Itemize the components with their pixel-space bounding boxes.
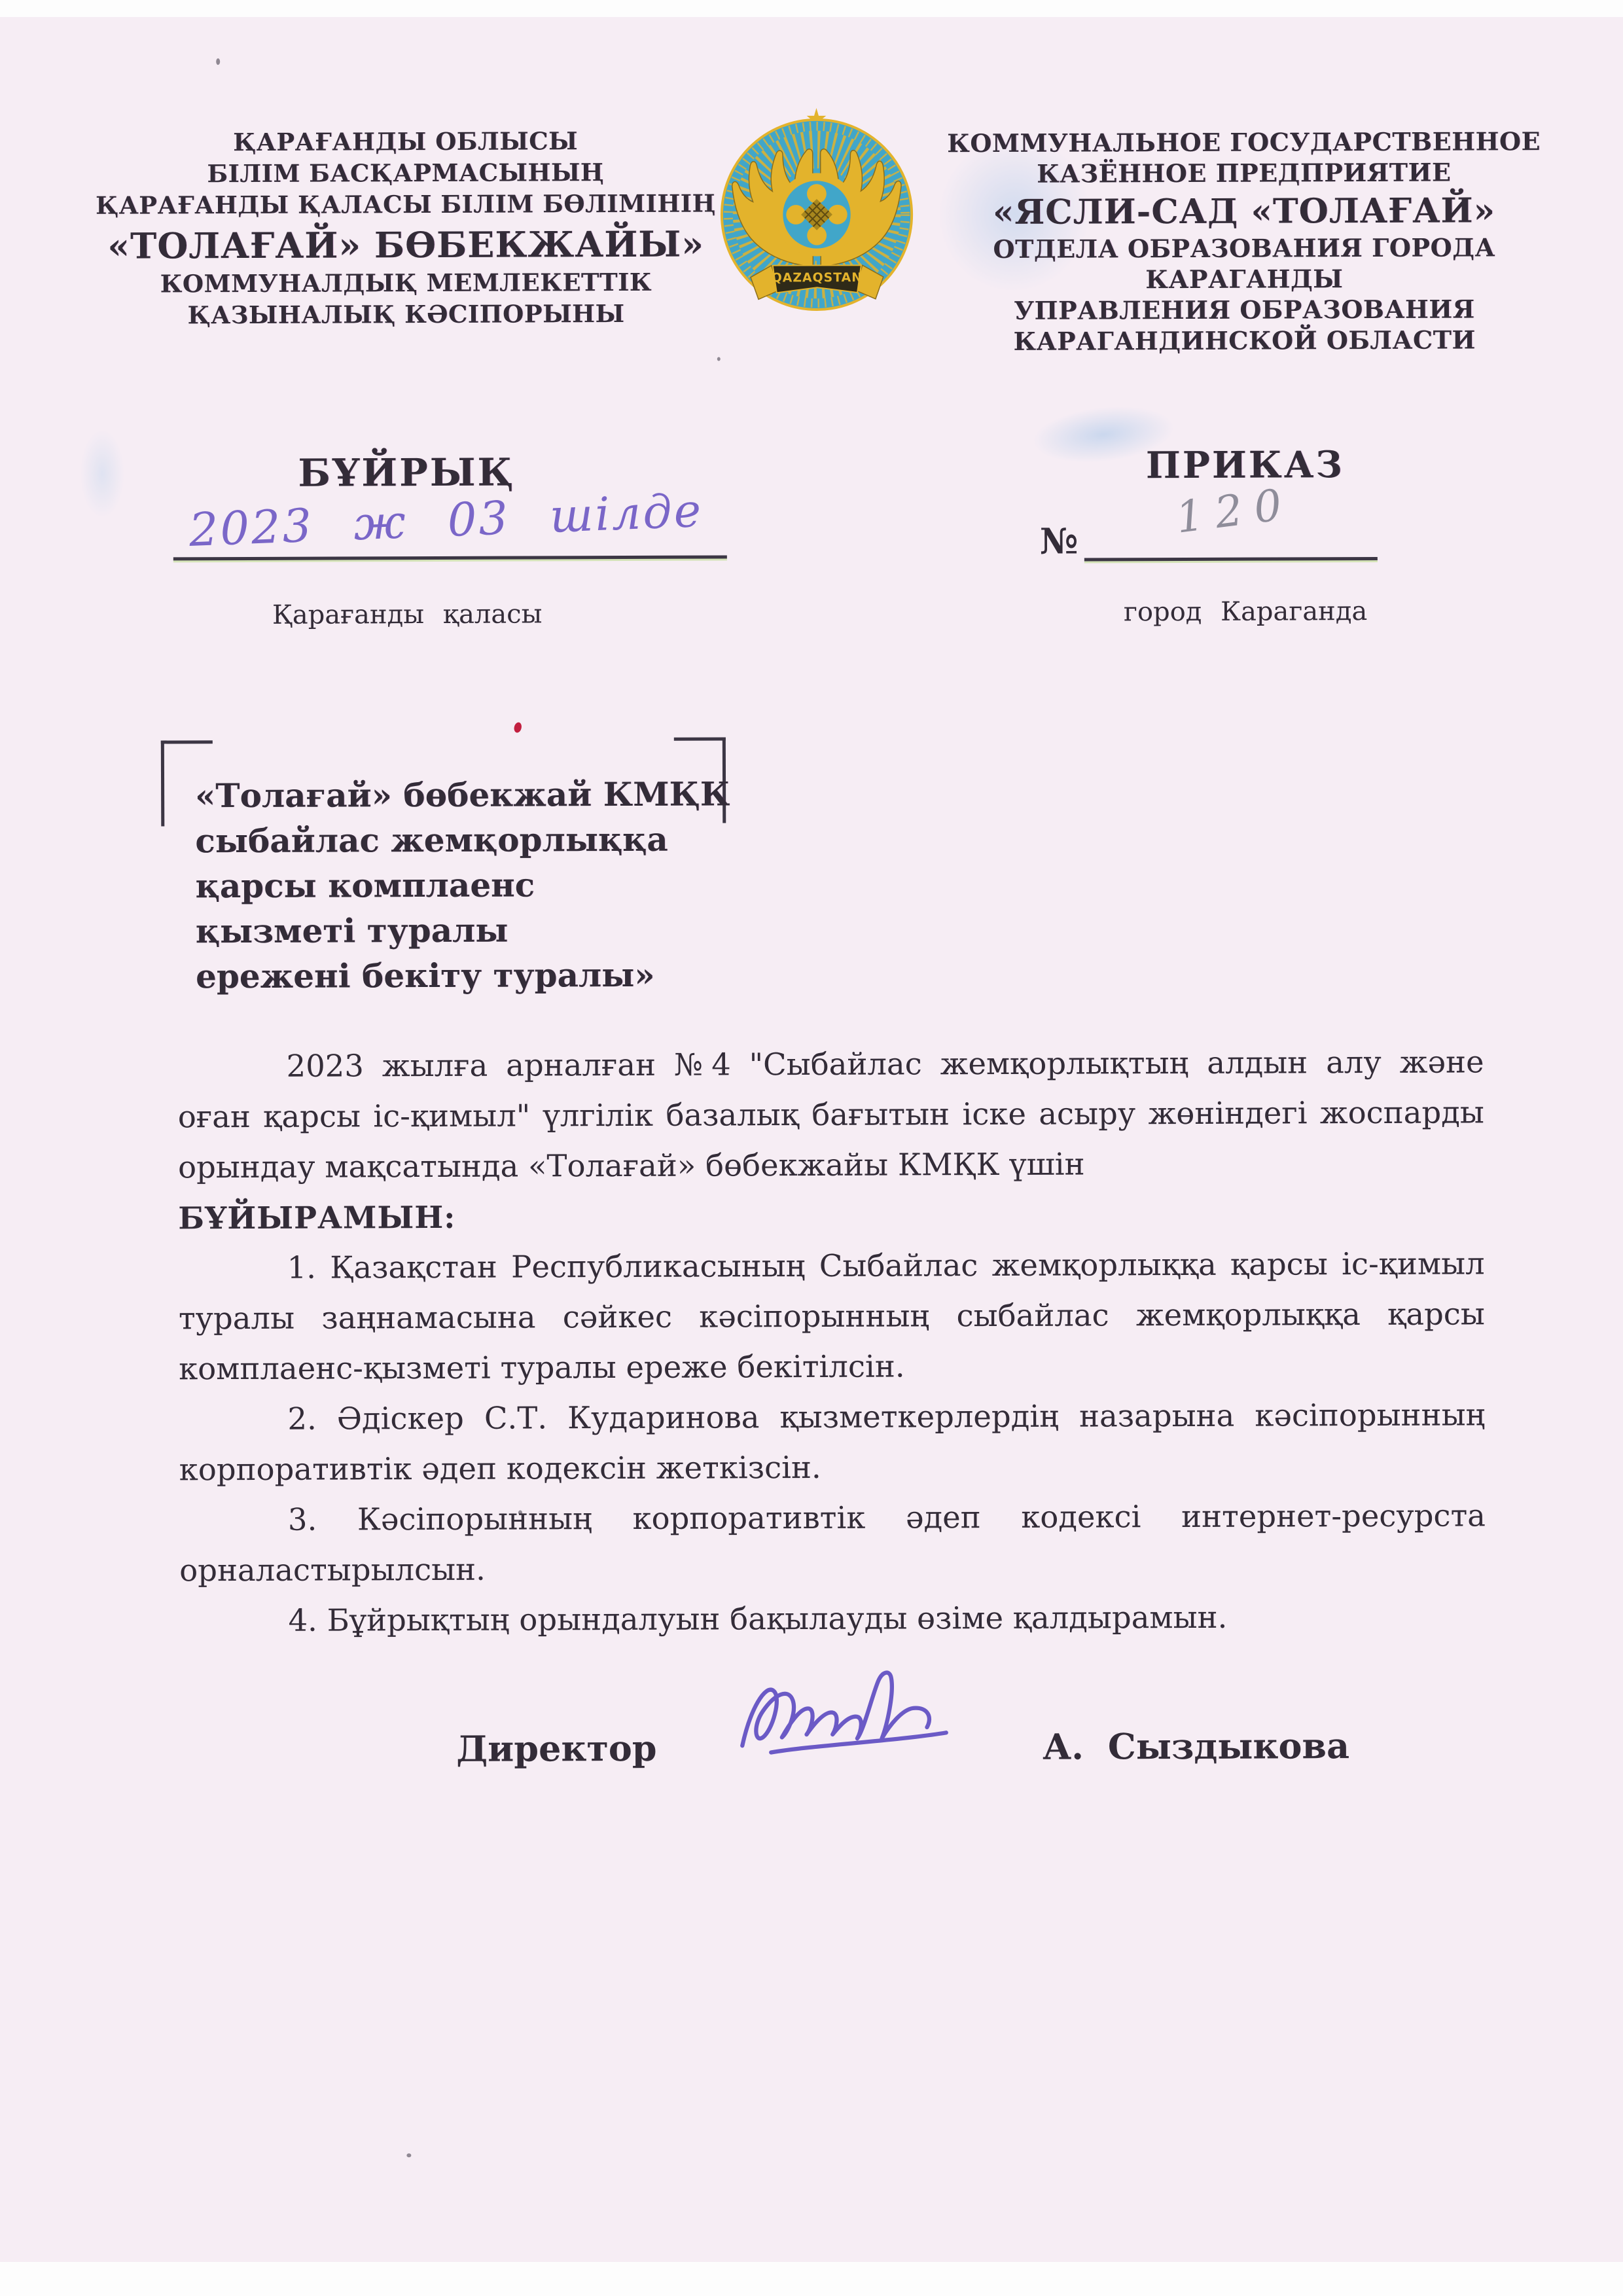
place-russian: город Караганда <box>912 596 1579 628</box>
handwritten-order-number: 120 <box>1173 478 1296 543</box>
org-name-line: «ЯСЛИ-САД «ТОЛАҒАЙ» <box>910 190 1578 234</box>
org-name-line: КОММУНАЛДЫҚ МЕМЛЕКЕТТІК <box>95 266 717 299</box>
org-name-line: ОТДЕЛА ОБРАЗОВАНИЯ ГОРОДА КАРАГАНДЫ <box>910 232 1578 296</box>
order-title-russian: ПРИКАЗ <box>911 442 1578 488</box>
order-item: 3. Кәсіпорынның корпоративтік әдеп кодек… <box>179 1490 1486 1596</box>
body-paragraph: 2023 жылға арналған №4 "Сыбайлас жемқорл… <box>177 1037 1484 1193</box>
order-body: 2023 жылға арналған №4 "Сыбайлас жемқорл… <box>177 1037 1486 1646</box>
red-ink-dot <box>513 721 522 733</box>
number-underline <box>1084 557 1378 562</box>
order-number-label: № <box>1040 520 1079 562</box>
org-name-line: «ТОЛАҒАЙ» БӨБЕКЖАЙЫ» <box>95 221 717 268</box>
subject-line: қарсы комплаенс <box>195 861 915 908</box>
scanned-order-document: ҚАРАҒАНДЫ ОБЛЫСЫ БІЛІМ БАСҚАРМАСЫНЫҢ ҚАР… <box>0 0 1623 2296</box>
subject-line: ережені бекіту туралы» <box>196 951 916 999</box>
scan-speck <box>717 357 721 361</box>
org-name-line: ҚАРАҒАНДЫ ҚАЛАСЫ БІЛІМ БӨЛІМІНІҢ <box>95 187 717 221</box>
order-item: 1. Қазақстан Республикасының Сыбайлас же… <box>179 1238 1486 1394</box>
order-subject: «Толағай» бөбекжай КМҚК сыбайлас жемқорл… <box>195 770 916 999</box>
signatory-name: А. Сыздыкова <box>1043 1725 1349 1768</box>
subject-line: «Толағай» бөбекжай КМҚК <box>195 770 915 818</box>
org-name-line: ҚАЗЫНАЛЫҚ КӘСІПОРЫНЫ <box>95 297 717 331</box>
emblem-banner-text: QAZAQSTAN <box>772 270 863 285</box>
subject-line: қызметі туралы <box>196 906 916 954</box>
signatory-role: Директор <box>456 1727 657 1770</box>
document-content: ҚАРАҒАНДЫ ОБЛЫСЫ БІЛІМ БАСҚАРМАСЫНЫҢ ҚАР… <box>0 0 1623 2296</box>
org-name-russian: КОММУНАЛЬНОЕ ГОСУДАРСТВЕННОЕ КАЗЁННОЕ ПР… <box>910 126 1578 357</box>
resolution-word: БҰЙЫРАМЫН: <box>178 1188 1484 1243</box>
org-name-line: КАЗЁННОЕ ПРЕДПРИЯТИЕ <box>910 156 1578 190</box>
scan-speck <box>406 2153 411 2157</box>
org-name-kazakh: ҚАРАҒАНДЫ ОБЛЫСЫ БІЛІМ БАСҚАРМАСЫНЫҢ ҚАР… <box>95 124 717 331</box>
org-name-line: БІЛІМ БАСҚАРМАСЫНЫҢ <box>95 156 717 189</box>
subject-line: сыбайлас жемқорлыққа <box>195 816 915 863</box>
place-kazakh: Қарағанды қаласы <box>96 598 718 630</box>
order-item: 4. Бұйрықтың орындалуын бақылауды өзіме … <box>179 1591 1486 1646</box>
org-name-line: КАРАГАНДИНСКОЙ ОБЛАСТИ <box>911 324 1578 357</box>
org-name-line: УПРАВЛЕНИЯ ОБРАЗОВАНИЯ <box>910 293 1578 327</box>
org-name-line: ҚАРАҒАНДЫ ОБЛЫСЫ <box>95 124 717 158</box>
date-underline <box>173 555 727 560</box>
scan-speck <box>216 58 220 65</box>
signature-scribble <box>728 1642 965 1793</box>
order-item: 2. Әдіскер С.Т. Кударинова қызметкерлерд… <box>179 1390 1486 1495</box>
kazakhstan-emblem-icon: QAZAQSTAN <box>712 101 921 318</box>
org-name-line: КОММУНАЛЬНОЕ ГОСУДАРСТВЕННОЕ <box>910 126 1578 159</box>
